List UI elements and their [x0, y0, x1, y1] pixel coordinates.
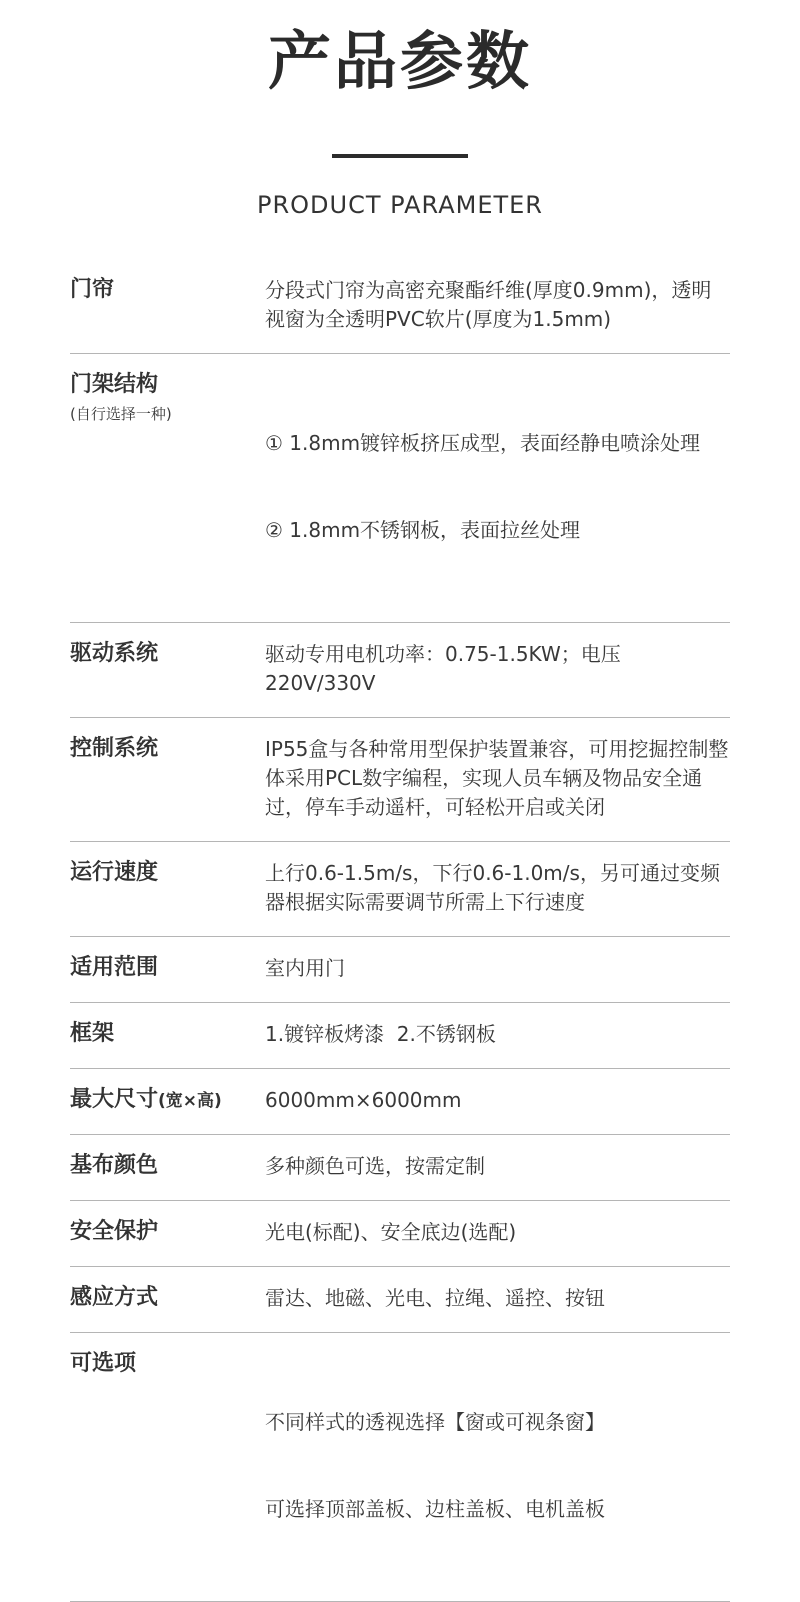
row-label-cell: 控制系统	[70, 735, 265, 764]
row-label-cell: 门架结构 (自行选择一种)	[70, 371, 265, 424]
row-value: IP55盒与各种常用型保护装置兼容，可用挖掘控制整体采用PCL数字编程，实现人员…	[265, 735, 730, 822]
row-label: 门帘	[70, 276, 265, 305]
table-row-safety-protection: 安全保护 光电(标配)、安全底边(选配)	[70, 1201, 730, 1267]
row-value-line-1: ① 1.8mm镀锌板挤压成型，表面经静电喷涂处理	[265, 429, 730, 458]
row-value: 光电(标配)、安全底边(选配)	[265, 1218, 730, 1247]
row-label: 感应方式	[70, 1284, 265, 1313]
row-label: 驱动系统	[70, 640, 265, 669]
row-label: 适用范围	[70, 954, 265, 983]
row-value: 分段式门帘为高密充聚酯纤维(厚度0.9mm)，透明视窗为全透明PVC软片(厚度为…	[265, 276, 730, 334]
row-label: 安全保护	[70, 1218, 265, 1247]
row-label-cell: 基布颜色	[70, 1152, 265, 1181]
row-sublabel: (自行选择一种)	[70, 403, 265, 424]
page-title: 产品参数	[0, 26, 800, 98]
row-value: 室内用门	[265, 954, 730, 983]
row-value: 上行0.6-1.5m/s，下行0.6-1.0m/s，另可通过变频器根据实际需要调…	[265, 859, 730, 917]
table-row-drive-system: 驱动系统 驱动专用电机功率：0.75-1.5KW；电压220V/330V	[70, 623, 730, 718]
table-row-induction-mode: 感应方式 雷达、地磁、光电、拉绳、遥控、按钮	[70, 1267, 730, 1333]
page-subtitle: PRODUCT PARAMETER	[0, 191, 800, 219]
page-header: 产品参数 PRODUCT PARAMETER	[0, 0, 800, 219]
row-label-cell: 安全保护	[70, 1218, 265, 1247]
row-label: 最大尺寸(宽×高)	[70, 1086, 265, 1115]
row-label-text: 最大尺寸	[70, 1087, 158, 1112]
row-label-cell: 驱动系统	[70, 640, 265, 669]
table-row-control-system: 控制系统 IP55盒与各种常用型保护装置兼容，可用挖掘控制整体采用PCL数字编程…	[70, 718, 730, 842]
row-value-line-1: 不同样式的透视选择【窗或可视条窗】	[265, 1408, 730, 1437]
row-label-cell: 最大尺寸(宽×高)	[70, 1086, 265, 1115]
row-label: 基布颜色	[70, 1152, 265, 1181]
table-row-base-color: 基布颜色 多种颜色可选，按需定制	[70, 1135, 730, 1201]
table-row-running-speed: 运行速度 上行0.6-1.5m/s，下行0.6-1.0m/s，另可通过变频器根据…	[70, 842, 730, 937]
table-row-options: 可选项 不同样式的透视选择【窗或可视条窗】 可选择顶部盖板、边柱盖板、电机盖板	[70, 1333, 730, 1602]
row-label-cell: 框架	[70, 1020, 265, 1049]
row-label-cell: 适用范围	[70, 954, 265, 983]
row-label: 可选项	[70, 1350, 265, 1379]
row-value: 驱动专用电机功率：0.75-1.5KW；电压220V/330V	[265, 640, 730, 698]
row-label-cell: 门帘	[70, 276, 265, 305]
row-value: 6000mm×6000mm	[265, 1086, 730, 1115]
title-divider	[332, 154, 468, 158]
row-value: 雷达、地磁、光电、拉绳、遥控、按钮	[265, 1284, 730, 1313]
row-label: 控制系统	[70, 735, 265, 764]
row-value-line-2: 可选择顶部盖板、边柱盖板、电机盖板	[265, 1495, 730, 1524]
param-table: 门帘 分段式门帘为高密充聚酯纤维(厚度0.9mm)，透明视窗为全透明PVC软片(…	[70, 259, 730, 1602]
row-label-cell: 运行速度	[70, 859, 265, 888]
row-value-line-2: ② 1.8mm不锈钢板，表面拉丝处理	[265, 516, 730, 545]
table-row-frame-structure: 门架结构 (自行选择一种) ① 1.8mm镀锌板挤压成型，表面经静电喷涂处理 ②…	[70, 354, 730, 623]
row-label: 框架	[70, 1020, 265, 1049]
row-label-cell: 感应方式	[70, 1284, 265, 1313]
row-value: 不同样式的透视选择【窗或可视条窗】 可选择顶部盖板、边柱盖板、电机盖板	[265, 1350, 730, 1582]
row-label-cell: 可选项	[70, 1350, 265, 1379]
row-label-suffix: (宽×高)	[158, 1091, 222, 1111]
table-row-frame: 框架 1.镀锌板烤漆 2.不锈钢板	[70, 1003, 730, 1069]
row-label: 运行速度	[70, 859, 265, 888]
row-value: 1.镀锌板烤漆 2.不锈钢板	[265, 1020, 730, 1049]
table-row-max-size: 最大尺寸(宽×高) 6000mm×6000mm	[70, 1069, 730, 1135]
row-value: 多种颜色可选，按需定制	[265, 1152, 730, 1181]
table-row-application-range: 适用范围 室内用门	[70, 937, 730, 1003]
row-label: 门架结构	[70, 371, 265, 400]
row-value: ① 1.8mm镀锌板挤压成型，表面经静电喷涂处理 ② 1.8mm不锈钢板，表面拉…	[265, 371, 730, 603]
table-row-door-curtain: 门帘 分段式门帘为高密充聚酯纤维(厚度0.9mm)，透明视窗为全透明PVC软片(…	[70, 259, 730, 354]
